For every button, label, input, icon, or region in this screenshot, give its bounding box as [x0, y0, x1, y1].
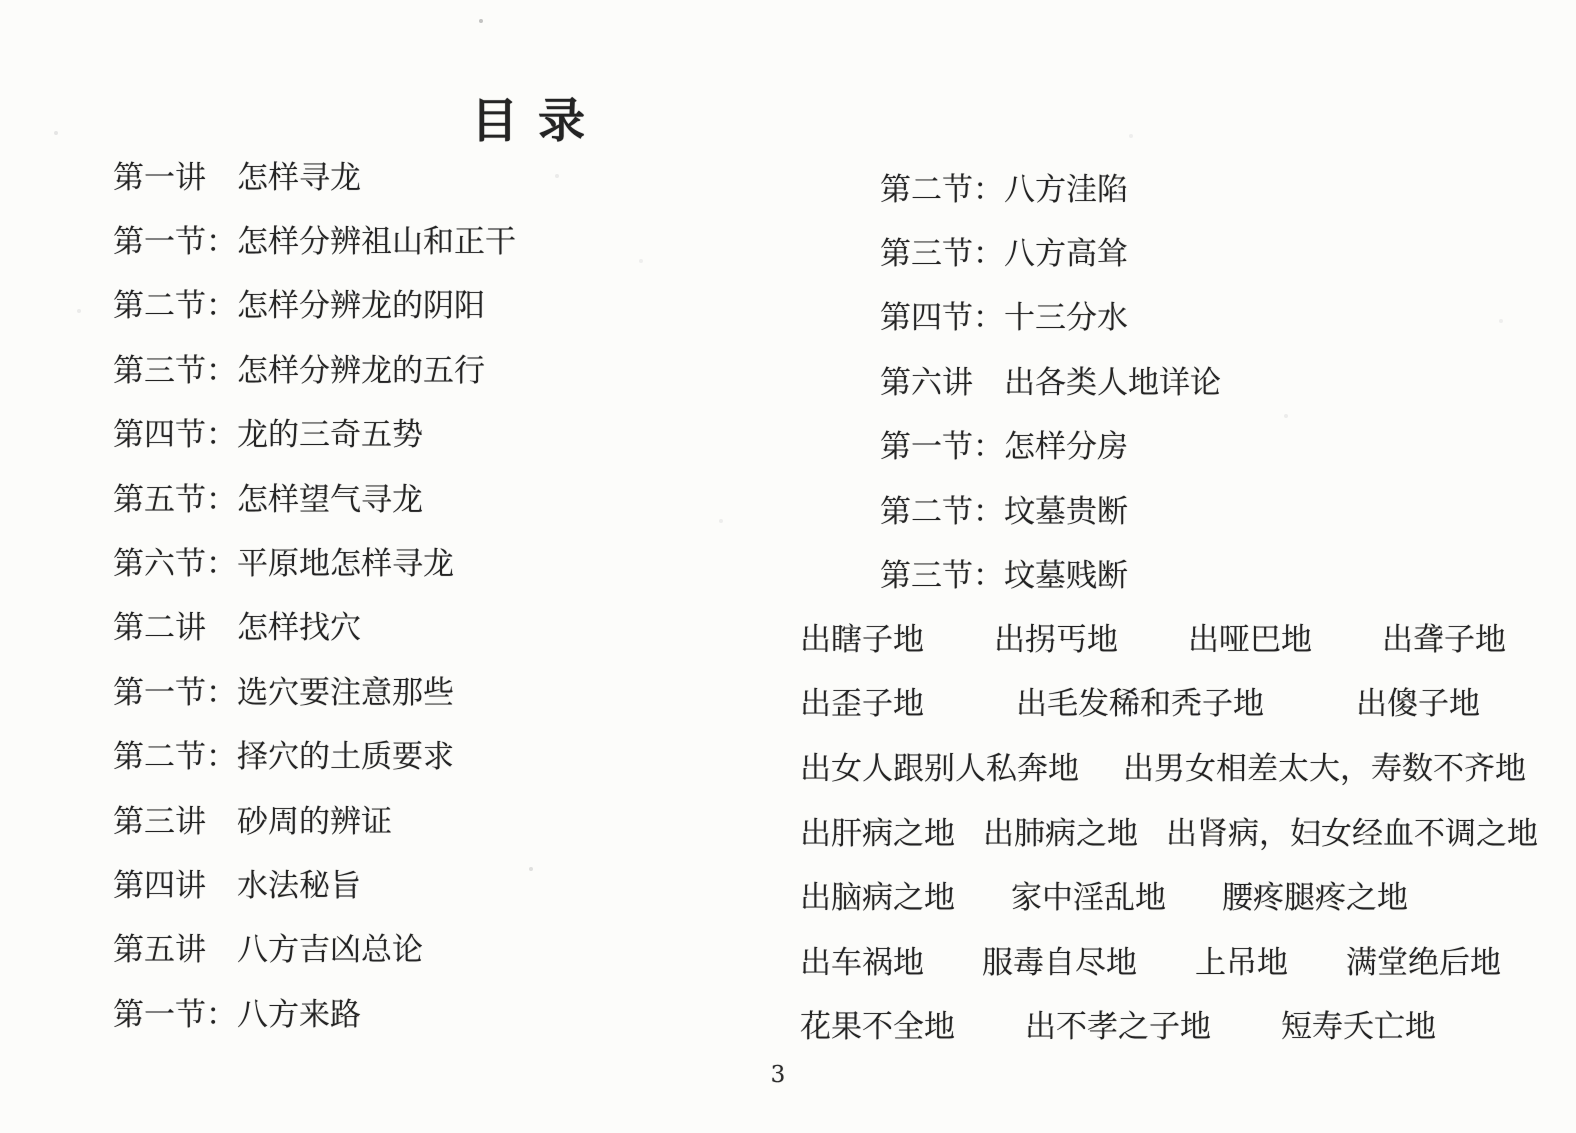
toc-entry-title: 坟墓贱断	[1004, 550, 1128, 595]
toc-entry-label: 第四节：	[880, 292, 1004, 337]
toc-entry-title: 怎样望气寻龙	[237, 474, 423, 519]
toc-list-item: 出拐丐地	[994, 614, 1118, 659]
toc-entry: 第一节：怎样分房	[880, 412, 1540, 476]
toc-entry-title: 择穴的土质要求	[237, 731, 454, 776]
toc-entry: 第二节：坟墓贵断	[880, 476, 1540, 540]
toc-entry-title: 八方来路	[237, 989, 361, 1034]
toc-entry-label: 第一节：	[113, 216, 237, 261]
toc-entry-title: 怎样分辨祖山和正干	[237, 216, 516, 261]
toc-entry-label: 第四讲	[113, 860, 237, 905]
toc-entry-title: 怎样找穴	[237, 602, 361, 647]
toc-entry: 第一节：选穴要注意那些	[113, 657, 733, 721]
toc-entry-title: 怎样寻龙	[237, 152, 361, 197]
toc-entry: 第三节：坟墓贱断	[880, 540, 1540, 604]
toc-list-item: 满堂绝后地	[1346, 937, 1501, 982]
page-number: 3	[766, 1062, 790, 1088]
toc-entry-title: 平原地怎样寻龙	[237, 538, 454, 583]
toc-entry: 第五讲八方吉凶总论	[113, 915, 733, 979]
toc-entry-label: 第三讲	[113, 796, 237, 841]
toc-entry: 第三节：八方高耸	[880, 218, 1540, 282]
scan-noise-specks	[0, 0, 2, 2]
toc-entry-label: 第二节：	[880, 164, 1004, 209]
toc-list-item: 出女人跟别人私奔地	[800, 743, 1079, 788]
page-title: 目录	[408, 84, 648, 151]
toc-entry: 第二节：怎样分辨龙的阴阳	[113, 271, 733, 335]
toc-list-item: 出哑巴地	[1188, 614, 1312, 659]
toc-entry: 第六节：平原地怎样寻龙	[113, 528, 733, 592]
toc-list-row: 出女人跟别人私奔地 出男女相差太大，寿数不齐地	[800, 733, 1540, 798]
toc-list-item: 出脑病之地	[800, 872, 955, 917]
toc-entry-label: 第一节：	[880, 421, 1004, 466]
toc-entry-title: 怎样分房	[1004, 421, 1128, 466]
toc-list-item: 腰疼腿疼之地	[1222, 872, 1408, 917]
toc-entry-label: 第三节：	[880, 550, 1004, 595]
toc-left-column: 第一讲怎样寻龙 第一节：怎样分辨祖山和正干 第二节：怎样分辨龙的阴阳 第三节：怎…	[113, 142, 733, 1043]
toc-entry-title: 选穴要注意那些	[237, 667, 454, 712]
toc-list-item: 上吊地	[1195, 937, 1288, 982]
toc-entry: 第四节：十三分水	[880, 283, 1540, 347]
toc-entry-label: 第二讲	[113, 602, 237, 647]
toc-entry-label: 第六节：	[113, 538, 237, 583]
toc-list-item: 出歪子地	[800, 678, 924, 723]
toc-list-item: 花果不全地	[800, 1001, 955, 1046]
toc-list-item: 出男女相差太大，寿数不齐地	[1123, 743, 1526, 788]
toc-list-item: 出瞎子地	[800, 614, 924, 659]
toc-entry: 第一节：八方来路	[113, 979, 733, 1043]
toc-entry-label: 第二节：	[113, 731, 237, 776]
toc-list-item: 出毛发稀和秃子地	[1016, 678, 1264, 723]
toc-list-item: 出不孝之子地	[1025, 1001, 1211, 1046]
toc-list-item: 出肾病，妇女经血不调之地	[1166, 808, 1538, 853]
toc-entry-title: 龙的三奇五势	[237, 409, 423, 454]
toc-entry-title: 八方吉凶总论	[237, 924, 423, 969]
toc-entry-label: 第五节：	[113, 474, 237, 519]
toc-list-row: 出肝病之地 出肺病之地 出肾病，妇女经血不调之地	[800, 798, 1540, 863]
toc-entry-title: 坟墓贵断	[1004, 486, 1128, 531]
toc-list-item: 服毒自尽地	[982, 937, 1137, 982]
toc-entry-title: 水法秘旨	[237, 860, 361, 905]
toc-entry-label: 第六讲	[880, 357, 1004, 402]
toc-entry: 第四讲水法秘旨	[113, 850, 733, 914]
toc-entry: 第二节：八方洼陷	[880, 154, 1540, 218]
toc-entry-title: 怎样分辨龙的五行	[237, 345, 485, 390]
toc-list-item: 出聋子地	[1382, 614, 1506, 659]
toc-entry-title: 怎样分辨龙的阴阳	[237, 280, 485, 325]
toc-list-item: 出肝病之地	[800, 808, 955, 853]
toc-list-row: 出车祸地 服毒自尽地 上吊地 满堂绝后地	[800, 927, 1540, 992]
toc-entry-label: 第一节：	[113, 667, 237, 712]
toc-entry: 第一讲怎样寻龙	[113, 142, 733, 206]
toc-entry: 第五节：怎样望气寻龙	[113, 464, 733, 528]
toc-entry: 第二节：择穴的土质要求	[113, 722, 733, 786]
toc-entry-title: 十三分水	[1004, 292, 1128, 337]
toc-list-item: 出肺病之地	[983, 808, 1138, 853]
toc-entry: 第三节：怎样分辨龙的五行	[113, 335, 733, 399]
toc-land-type-lists: 出瞎子地 出拐丐地 出哑巴地 出聋子地 出歪子地 出毛发稀和秃子地 出傻子地 出…	[800, 604, 1540, 1056]
toc-entry-label: 第四节：	[113, 409, 237, 454]
toc-entry: 第一节：怎样分辨祖山和正干	[113, 206, 733, 270]
toc-entry-title: 砂周的辨证	[237, 796, 392, 841]
toc-list-row: 出瞎子地 出拐丐地 出哑巴地 出聋子地	[800, 604, 1540, 669]
toc-right-column: 第二节：八方洼陷 第三节：八方高耸 第四节：十三分水 第六讲出各类人地详论 第一…	[880, 154, 1540, 605]
toc-entry-label: 第三节：	[113, 345, 237, 390]
toc-list-row: 花果不全地 出不孝之子地 短寿夭亡地	[800, 992, 1540, 1057]
toc-entry-title: 八方高耸	[1004, 228, 1128, 273]
toc-list-item: 家中淫乱地	[1011, 872, 1166, 917]
toc-list-row: 出脑病之地 家中淫乱地 腰疼腿疼之地	[800, 862, 1540, 927]
toc-entry-title: 出各类人地详论	[1004, 357, 1221, 402]
toc-entry: 第二讲怎样找穴	[113, 593, 733, 657]
toc-entry-label: 第一节：	[113, 989, 237, 1034]
toc-entry-label: 第一讲	[113, 152, 237, 197]
toc-entry: 第六讲出各类人地详论	[880, 347, 1540, 411]
toc-entry-label: 第二节：	[113, 280, 237, 325]
toc-list-item: 短寿夭亡地	[1281, 1001, 1436, 1046]
toc-entry-title: 八方洼陷	[1004, 164, 1128, 209]
toc-entry-label: 第五讲	[113, 924, 237, 969]
toc-list-item: 出傻子地	[1356, 678, 1480, 723]
toc-list-item: 出车祸地	[800, 937, 924, 982]
toc-entry: 第四节：龙的三奇五势	[113, 400, 733, 464]
toc-entry-label: 第二节：	[880, 486, 1004, 531]
toc-entry: 第三讲砂周的辨证	[113, 786, 733, 850]
toc-list-row: 出歪子地 出毛发稀和秃子地 出傻子地	[800, 669, 1540, 734]
document-page: 目录 第一讲怎样寻龙 第一节：怎样分辨祖山和正干 第二节：怎样分辨龙的阴阳 第三…	[0, 0, 1576, 1133]
toc-entry-label: 第三节：	[880, 228, 1004, 273]
